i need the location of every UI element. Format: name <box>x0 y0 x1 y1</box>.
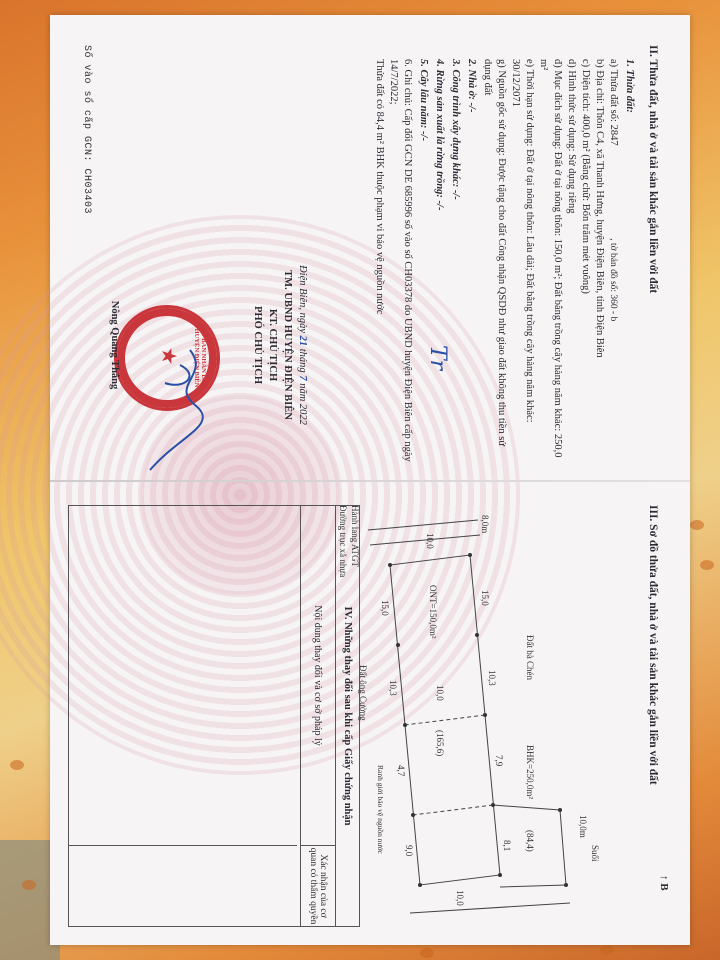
dim-label: 15,0 <box>480 590 490 606</box>
stream-label: Suối <box>590 845 600 862</box>
water-protection-label: Ranh giới bảo vệ nguồn nước <box>376 765 385 854</box>
cloth-pattern <box>10 760 24 770</box>
section-plot-diagram: III. Sơ đồ thửa đất, nhà ở và tài sản kh… <box>636 505 660 925</box>
usage-origin: g) Nguồn gốc sử dụng: Được tặng cho đất … <box>480 59 508 465</box>
perennial-trees-item: 5. Cây lâu năm: -/- <box>416 59 430 465</box>
signer-role: PHÓ CHỦ TỊCH <box>250 215 265 475</box>
on-behalf-of: KT. CHỦ TỊCH <box>265 215 280 475</box>
dim-label: 8,1 <box>502 840 512 851</box>
dim-label: 4,7 <box>396 765 406 776</box>
ont-area-label: ONT=150,0m² <box>428 585 438 639</box>
production-forest-item: 4. Rừng sản xuất là rừng trồng: -/- <box>432 59 446 465</box>
section-3-heading: III. Sơ đồ thửa đất, nhà ở và tài sản kh… <box>646 505 660 925</box>
dim-label: 9,0 <box>404 845 414 856</box>
section-2-heading: II. Thửa đất, nhà ở và tài sản khác gắn … <box>646 45 660 465</box>
dim-label: 15,0 <box>380 600 390 616</box>
map-sheet-number: , tờ bản đồ số: 360 - b <box>608 238 618 321</box>
parcel-number: a) Thửa đất số: 2847 , tờ bản đồ số: 360… <box>606 59 620 465</box>
right-area-label: (84,4) <box>525 830 535 852</box>
plot-outline <box>350 515 630 925</box>
house-item: 2. Nhà ở: -/- <box>464 59 478 465</box>
handwritten-initial: Tr <box>425 345 450 370</box>
road-width-label: 8,0m <box>480 515 490 533</box>
land-parcel-subheading: 1. Thửa đất: <box>622 59 636 465</box>
stream-width-label: 10,0m <box>578 815 588 838</box>
cloth-pattern <box>22 880 36 890</box>
notes-item: 6. Ghi chú: Cấp đổi GCN DE 685996 số vào… <box>386 59 414 465</box>
bhk-area-label: BHK=250,0m² <box>525 745 535 799</box>
signature-block: Điện Biên, ngày 21 tháng 7 năm 2022 TM. … <box>250 215 310 475</box>
plot-sketch: BHK=250,0m² Đất bà Chén Đất ông Cường ON… <box>350 515 630 925</box>
change-content-column: Nội dung thay đổi và cơ sở pháp lý <box>301 506 335 846</box>
cloth-pattern <box>700 560 714 570</box>
cloth-pattern <box>420 948 434 958</box>
handwritten-signature <box>140 345 220 475</box>
dim-label: 10,0 <box>455 890 465 906</box>
notes-water-protection: Thửa đất có 84,4 m² BHK thuộc phạm vi bả… <box>372 59 386 465</box>
north-arrow: ↑ B <box>658 875 670 891</box>
land-certificate-page: II. Thửa đất, nhà ở và tài sản khác gắn … <box>50 15 690 945</box>
page-fold <box>50 480 690 482</box>
column-divider <box>69 845 297 846</box>
authority-confirmation-column: Xác nhận của cơ quan có thẩm quyền <box>301 846 335 926</box>
section-4-heading: IV. Những thay đổi sau khi cấp Giấy chứn… <box>335 506 359 926</box>
parcel-area: c) Diện tích: 400,0 m² (Bằng chữ: Bốn tr… <box>578 59 592 465</box>
dim-label: 10,3 <box>388 680 398 696</box>
dim-label: 7,9 <box>494 755 504 766</box>
dim-label: 10,0 <box>425 533 435 549</box>
neighbor-top-label: Đất bà Chén <box>525 635 535 680</box>
mid-area-label: (165,6) <box>435 730 445 756</box>
changes-table-header: Nội dung thay đổi và cơ sở pháp lý Xác n… <box>300 506 335 926</box>
usage-term: e) Thời hạn sử dụng: Đất ở tại nông thôn… <box>508 59 536 465</box>
dim-label: 10,3 <box>487 670 497 686</box>
usage-form: d) Hình thức sử dụng: Sử dụng riêng <box>564 59 578 465</box>
section-land-info: II. Thửa đất, nhà ở và tài sản khác gắn … <box>372 45 660 465</box>
issuing-authority: TM. UBND HUYỆN ĐIỆN BIÊN <box>280 215 295 475</box>
changes-table: IV. Những thay đổi sau khi cấp Giấy chứn… <box>68 505 360 927</box>
issue-date: Điện Biên, ngày 21 tháng 7 năm 2022 <box>295 215 310 475</box>
cloth-pattern <box>690 520 704 530</box>
dim-label: 10,0 <box>435 685 445 701</box>
cloth-pattern <box>600 945 614 955</box>
other-construction-item: 3. Công trình xây dựng khác: -/- <box>448 59 462 465</box>
parcel-address: b) Địa chỉ: Thôn C4, xã Thanh Hưng, huyệ… <box>592 59 606 465</box>
changes-table-body <box>69 506 297 926</box>
signer-name: Nông Quang Thắng <box>109 245 120 445</box>
usage-purpose: đ) Mục đích sử dụng: Đất ở tại nông thôn… <box>536 59 564 465</box>
certificate-serial: Số vào sổ cấp GCN: CH03403 <box>81 45 92 214</box>
